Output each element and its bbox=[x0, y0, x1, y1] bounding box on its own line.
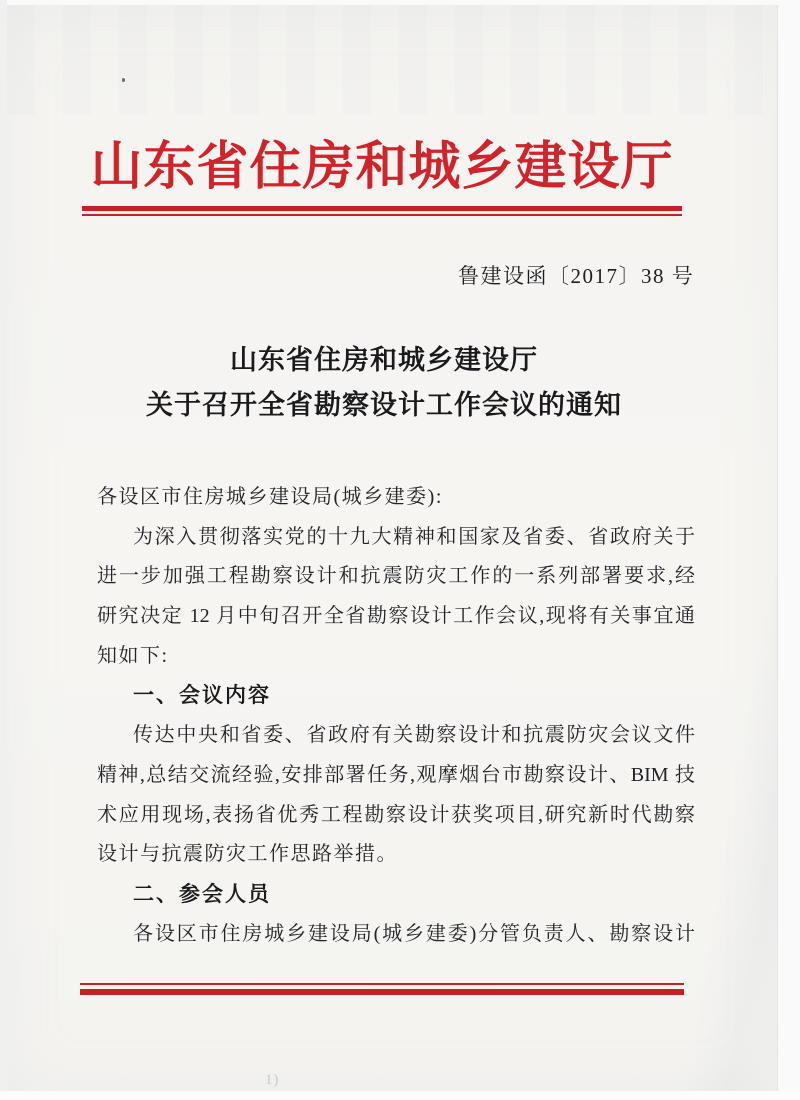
body-line: 术应用现场,表扬省优秀工程勘察设计获奖项目,研究新时代勘察 bbox=[97, 796, 695, 836]
body-line: 传达中央和省委、省政府有关勘察设计和抗震防灾会议文件 bbox=[97, 716, 695, 756]
title-line-1: 山东省住房和城乡建设厅 bbox=[84, 338, 684, 383]
footer-rule-thick bbox=[80, 989, 684, 995]
letterhead-rule-thin bbox=[82, 214, 682, 216]
body-line: 设计与抗震防灾工作思路举措。 bbox=[97, 835, 695, 875]
scan-edge-right bbox=[777, 0, 800, 1100]
scan-edge-bottom bbox=[0, 1091, 800, 1100]
document-title: 山东省住房和城乡建设厅 关于召开全省勘察设计工作会议的通知 bbox=[84, 338, 684, 428]
body-line: 各设区市住房城乡建设局(城乡建委)分管负责人、勘察设计 bbox=[97, 915, 695, 955]
letterhead-rule-thick bbox=[82, 206, 682, 211]
body-line: 为深入贯彻落实党的十九大精神和国家及省委、省政府关于 bbox=[97, 518, 695, 558]
body-line: 精神,总结交流经验,安排部署任务,观摩烟台市勘察设计、BIM 技 bbox=[97, 756, 695, 796]
footer-rule-thin bbox=[80, 983, 684, 985]
document-number: 鲁建设函〔2017〕38 号 bbox=[458, 260, 694, 290]
body-line: 进一步加强工程勘察设计和抗震防灾工作的一系列部署要求,经 bbox=[97, 557, 695, 597]
section-heading-1: 一、会议内容 bbox=[97, 676, 695, 716]
scan-edge-left bbox=[0, 0, 7, 1100]
body-line: 研究决定 12 月中旬召开全省勘察设计工作会议,现将有关事宜通 bbox=[97, 597, 695, 637]
page-number-mark: 1) bbox=[265, 1072, 280, 1089]
scanned-document: 山东省住房和城乡建设厅 鲁建设函〔2017〕38 号 山东省住房和城乡建设厅 关… bbox=[0, 0, 800, 1100]
scan-speck bbox=[122, 78, 125, 82]
body-salutation: 各设区市住房城乡建设局(城乡建委): bbox=[97, 478, 695, 518]
body-line: 知如下: bbox=[97, 637, 695, 677]
title-line-2: 关于召开全省勘察设计工作会议的通知 bbox=[84, 383, 684, 428]
document-body: 各设区市住房城乡建设局(城乡建委): 为深入贯彻落实党的十九大精神和国家及省委、… bbox=[97, 478, 695, 954]
section-heading-2: 二、参会人员 bbox=[97, 875, 695, 915]
agency-letterhead: 山东省住房和城乡建设厅 bbox=[82, 124, 682, 199]
